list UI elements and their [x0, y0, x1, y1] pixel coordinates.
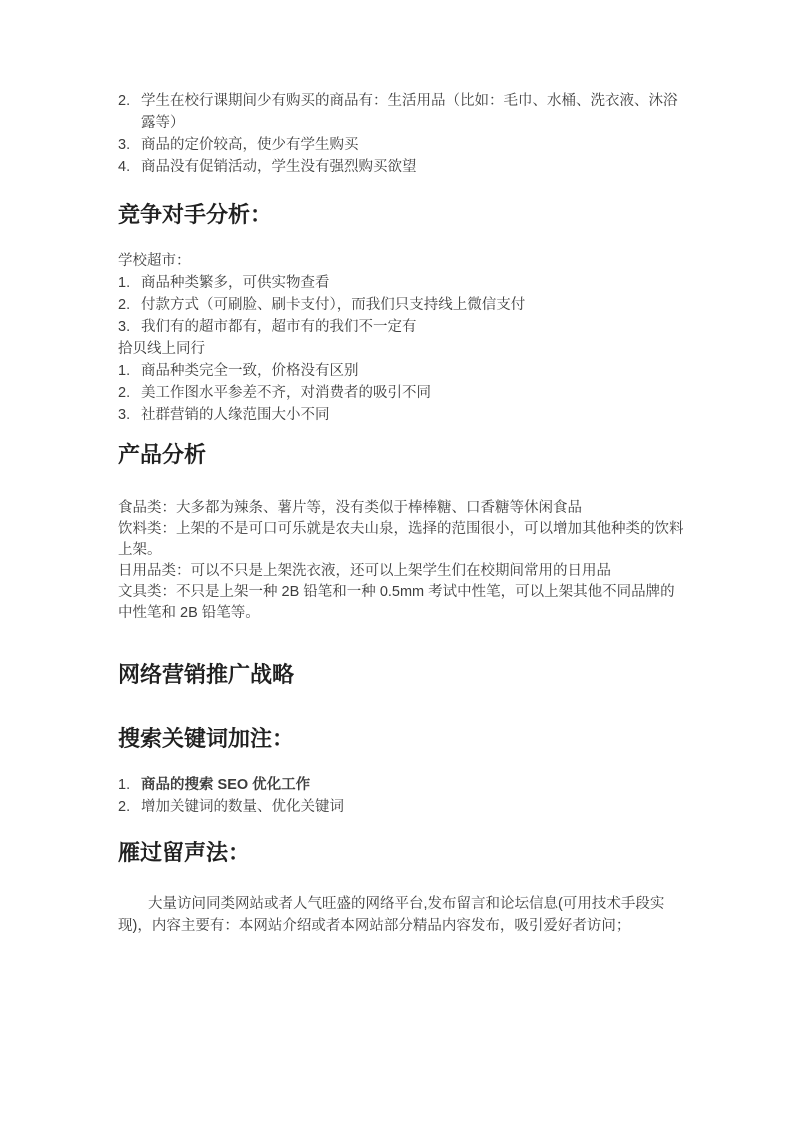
list-item-text: 美工作图水平参差不齐，对消费者的吸引不同: [141, 382, 686, 404]
product-analysis-lines: 食品类：大多都为辣条、薯片等，没有类似于棒棒糖、口香糖等休闲食品 饮料类：上架的…: [118, 498, 686, 624]
list-item-text: 付款方式（可刷脸、刷卡支付），而我们只支持线上微信支付: [141, 294, 686, 316]
heading-goose-method: 雁过留声法：: [118, 838, 686, 868]
list-item-text: 商品种类完全一致，价格没有区别: [141, 360, 686, 382]
list-item-number: 1.: [118, 774, 141, 796]
list-item-text: 社群营销的人缘范围大小不同: [141, 404, 686, 426]
list-item: 2. 美工作图水平参差不齐，对消费者的吸引不同: [118, 382, 686, 404]
list-item: 1. 商品种类繁多，可供实物查看: [118, 272, 686, 294]
list-item: 2. 付款方式（可刷脸、刷卡支付），而我们只支持线上微信支付: [118, 294, 686, 316]
heading-network-marketing-strategy: 网络营销推广战略: [118, 660, 686, 690]
list-item-number: 2.: [118, 294, 141, 316]
list-item: 4. 商品没有促销活动，学生没有强烈购买欲望: [118, 156, 686, 178]
list-item-number: 2.: [118, 382, 141, 404]
list-item: 3. 商品的定价较高，使少有学生购买: [118, 134, 686, 156]
document-page: 2. 学生在校行课期间少有购买的商品有：生活用品（比如：毛巾、水桶、洗衣液、沐浴…: [0, 0, 793, 1122]
online-peer-label: 拾贝线上同行: [118, 338, 686, 360]
product-line-stationery: 文具类：不只是上架一种 2B 铅笔和一种 0.5mm 考试中性笔，可以上架其他不…: [118, 582, 686, 624]
list-item-number: 2.: [118, 90, 141, 134]
list-item-number: 1.: [118, 360, 141, 382]
online-peer-list: 1. 商品种类完全一致，价格没有区别 2. 美工作图水平参差不齐，对消费者的吸引…: [118, 360, 686, 426]
product-line-drinks: 饮料类：上架的不是可口可乐就是农夫山泉，选择的范围很小，可以增加其他种类的饮料上…: [118, 519, 686, 561]
product-line-daily: 日用品类：可以不只是上架洗衣液，还可以上架学生们在校期间常用的日用品: [118, 561, 686, 582]
list-item: 3. 社群营销的人缘范围大小不同: [118, 404, 686, 426]
list-item: 3. 我们有的超市都有，超市有的我们不一定有: [118, 316, 686, 338]
school-supermarket-list: 1. 商品种类繁多，可供实物查看 2. 付款方式（可刷脸、刷卡支付），而我们只支…: [118, 272, 686, 338]
heading-search-keyword: 搜索关键词加注：: [118, 724, 686, 754]
list-item-text: 商品的搜索 SEO 优化工作: [141, 774, 686, 796]
list-item-text: 商品没有促销活动，学生没有强烈购买欲望: [141, 156, 686, 178]
list-item-text: 商品的定价较高，使少有学生购买: [141, 134, 686, 156]
list-item: 1. 商品种类完全一致，价格没有区别: [118, 360, 686, 382]
list-item-text: 增加关键词的数量、优化关键词: [141, 796, 686, 818]
heading-product-analysis: 产品分析: [118, 440, 686, 470]
product-line-food: 食品类：大多都为辣条、薯片等，没有类似于棒棒糖、口香糖等休闲食品: [118, 498, 686, 519]
list-item-text: 我们有的超市都有，超市有的我们不一定有: [141, 316, 686, 338]
list-item-text: 学生在校行课期间少有购买的商品有：生活用品（比如：毛巾、水桶、洗衣液、沐浴露等）: [141, 90, 686, 134]
list-item: 2. 增加关键词的数量、优化关键词: [118, 796, 686, 818]
list-item: 1. 商品的搜索 SEO 优化工作: [118, 774, 686, 796]
list-item-number: 3.: [118, 134, 141, 156]
list-item-number: 4.: [118, 156, 141, 178]
school-supermarket-label: 学校超市：: [118, 250, 686, 272]
goose-method-paragraph: 大量访问同类网站或者人气旺盛的网络平台,发布留言和论坛信息(可用技术手段实现)，…: [118, 893, 686, 937]
list-item-number: 2.: [118, 796, 141, 818]
list-item-number: 3.: [118, 404, 141, 426]
seo-list: 1. 商品的搜索 SEO 优化工作 2. 增加关键词的数量、优化关键词: [118, 774, 686, 818]
intro-list: 2. 学生在校行课期间少有购买的商品有：生活用品（比如：毛巾、水桶、洗衣液、沐浴…: [118, 90, 686, 178]
list-item-number: 3.: [118, 316, 141, 338]
heading-competitor-analysis: 竞争对手分析：: [118, 200, 686, 230]
list-item-number: 1.: [118, 272, 141, 294]
list-item-text: 商品种类繁多，可供实物查看: [141, 272, 686, 294]
list-item: 2. 学生在校行课期间少有购买的商品有：生活用品（比如：毛巾、水桶、洗衣液、沐浴…: [118, 90, 686, 134]
